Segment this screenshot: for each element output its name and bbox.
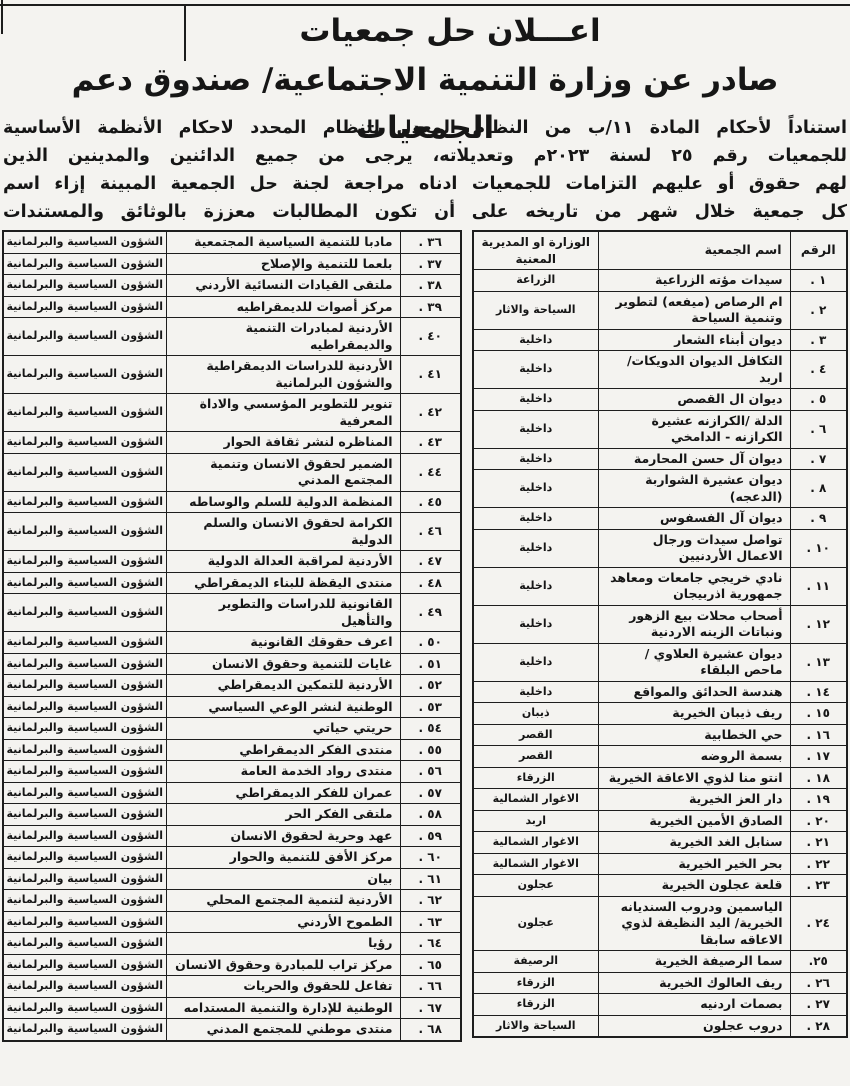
row-number: ١١ . (790, 567, 847, 605)
row-number: ٦٨ . (400, 1019, 461, 1041)
ministry-name: السياحة والاثار (473, 291, 598, 329)
association-name: سنابل الغد الخيرية (598, 832, 790, 854)
association-name: منتدى الفكر الديمقراطي (166, 739, 400, 761)
ministry-name: داخلية (473, 529, 598, 567)
ministry-name: داخلية (473, 567, 598, 605)
ministry-name: الشؤون السياسية والبرلمانية (3, 453, 166, 491)
ministry-name: الاغوار الشمالية (473, 853, 598, 875)
ministry-name: الشؤون السياسية والبرلمانية (3, 231, 166, 253)
table-row: ٦٣ . الطموح الأردني الشؤون السياسية والب… (3, 911, 461, 933)
table-row: ٤٨ . منتدى اليقظة للبناء الديمقراطي الشؤ… (3, 572, 461, 594)
row-number: ٤ . (790, 351, 847, 389)
association-name: الأردنية للتمكين الديمقراطي (166, 675, 400, 697)
ministry-name: ذيبان (473, 703, 598, 725)
association-name: غايات للتنمية وحقوق الانسان (166, 653, 400, 675)
ministry-name: داخلية (473, 329, 598, 351)
association-name: الأردنية للدراسات الديمقراطية والشؤون ال… (166, 356, 400, 394)
row-number: ١٩ . (790, 789, 847, 811)
table-row: ٤٠ . الأردنية لمبادرات التنمية والديمقرا… (3, 318, 461, 356)
row-number: ٩ . (790, 508, 847, 530)
row-number: ٥٣ . (400, 696, 461, 718)
announcement-page: اعـــلان حل جمعيات صادر عن وزارة التنمية… (0, 0, 850, 1086)
col-header-association-name: اسم الجمعية (598, 231, 790, 270)
table-row: ٣٩ . مركز أصوات للديمقراطيه الشؤون السيا… (3, 296, 461, 318)
row-number: ٤٣ . (400, 432, 461, 454)
association-name: منتدى موطني للمجتمع المدني (166, 1019, 400, 1041)
ministry-name: الرصيفة (473, 951, 598, 973)
ministry-name: الشؤون السياسية والبرلمانية (3, 513, 166, 551)
row-number: ٦١ . (400, 868, 461, 890)
ministry-name: اربد (473, 810, 598, 832)
table-row: ٥٢ . الأردنية للتمكين الديمقراطي الشؤون … (3, 675, 461, 697)
association-name: عمران للفكر الديمقراطي (166, 782, 400, 804)
row-number: ٦٠ . (400, 847, 461, 869)
ministry-name: الشؤون السياسية والبرلمانية (3, 356, 166, 394)
association-name: أصحاب محلات بيع الزهور ونباتات الزينه ال… (598, 605, 790, 643)
table-row: ٦٥ . مركز تراب للمبادرة وحقوق الانسان ال… (3, 954, 461, 976)
row-number: ٣٨ . (400, 275, 461, 297)
association-name: الأردنية لتنمية المجتمع المحلي (166, 890, 400, 912)
ministry-name: الاغوار الشمالية (473, 832, 598, 854)
table-row: ٥١ . غايات للتنمية وحقوق الانسان الشؤون … (3, 653, 461, 675)
association-name: دار العز الخيرية (598, 789, 790, 811)
left-border-stub (1, 0, 3, 34)
ministry-name: الشؤون السياسية والبرلمانية (3, 394, 166, 432)
row-number: ١٨ . (790, 767, 847, 789)
table-row: ١٩ . دار العز الخيرية الاغوار الشمالية (473, 789, 847, 811)
row-number: ٨ . (790, 470, 847, 508)
association-name: تنوير للتطوير المؤسسي والاداة المعرفية (166, 394, 400, 432)
ministry-name: داخلية (473, 351, 598, 389)
row-number: ١٢ . (790, 605, 847, 643)
ministry-name: الشؤون السياسية والبرلمانية (3, 782, 166, 804)
ministry-name: الشؤون السياسية والبرلمانية (3, 653, 166, 675)
ministry-name: الشؤون السياسية والبرلمانية (3, 572, 166, 594)
table-row: ٥٠ . اعرف حقوقك القانونية الشؤون السياسي… (3, 632, 461, 654)
table-row: ٨ . ديوان عشيرة الشواربة (الدعجه) داخلية (473, 470, 847, 508)
row-number: ٦٦ . (400, 976, 461, 998)
row-number: ٤٨ . (400, 572, 461, 594)
table-row: ٥ . ديوان ال القصص داخلية (473, 389, 847, 411)
ministry-name: الزرقاء (473, 972, 598, 994)
table-body: ١ . سيدات مؤته الزراعية الزراعة ٢ . ام ا… (473, 270, 847, 1038)
association-name: رؤيا (166, 933, 400, 955)
row-number: ٤٩ . (400, 594, 461, 632)
association-name: منتدى رواد الخدمة العامة (166, 761, 400, 783)
association-name: اعرف حقوقك القانونية (166, 632, 400, 654)
row-number: ٥٨ . (400, 804, 461, 826)
ministry-name: عجلون (473, 875, 598, 897)
table-row: ٢٨ . دروب عجلون السياحة والاثار (473, 1015, 847, 1037)
table-row: ٢٧ . بصمات اردنيه الزرقاء (473, 994, 847, 1016)
ministry-name: الشؤون السياسية والبرلمانية (3, 954, 166, 976)
association-name: مركز تراب للمبادرة وحقوق الانسان (166, 954, 400, 976)
ministry-name: داخلية (473, 508, 598, 530)
table-row: ٣٨ . ملتقى القيادات النسائية الأردني الش… (3, 275, 461, 297)
table-row: ٢١ . سنابل الغد الخيرية الاغوار الشمالية (473, 832, 847, 854)
row-number: ٢٧ . (790, 994, 847, 1016)
intro-line: استناداً لأحكام المادة ١١/ب من النظام ال… (3, 114, 847, 142)
table-row: ٤١ . الأردنية للدراسات الديمقراطية والشؤ… (3, 356, 461, 394)
table-row: ٢٤ . الياسمين ودروب السنديانه الخيرية/ ا… (473, 896, 847, 951)
table-row: ٢٠ . الصادق الأمين الخيرية اربد (473, 810, 847, 832)
table-row: ١٧ . بسمة الروضه القصر (473, 746, 847, 768)
row-number: ٢٤ . (790, 896, 847, 951)
ministry-name: الشؤون السياسية والبرلمانية (3, 275, 166, 297)
association-name: سيدات مؤته الزراعية (598, 270, 790, 292)
row-number: ٣٦ . (400, 231, 461, 253)
ministry-name: داخلية (473, 643, 598, 681)
table-row: ٣ . ديوان أبناء الشعار داخلية (473, 329, 847, 351)
table-row: ٣٦ . مادبا للتنمية السياسية المجتمعية ال… (3, 231, 461, 253)
association-name: الطموح الأردني (166, 911, 400, 933)
association-name: ملتقى القيادات النسائية الأردني (166, 275, 400, 297)
table-row: ٤٧ . الأردنية لمراقبة العدالة الدولية ال… (3, 551, 461, 573)
table-row: ٦ . الدلة /الكرازنه عشيرة الكرازنه - الد… (473, 410, 847, 448)
row-number: ٤٠ . (400, 318, 461, 356)
table-row: ٦٢ . الأردنية لتنمية المجتمع المحلي الشؤ… (3, 890, 461, 912)
row-number: ٤٢ . (400, 394, 461, 432)
table-row: ١٨ . انتو منا لذوي الاعاقة الخيرية الزرق… (473, 767, 847, 789)
row-number: ٥٤ . (400, 718, 461, 740)
table-header-row: الرقم اسم الجمعية الوزارة او المديرية ال… (473, 231, 847, 270)
table-row: ٦١ . بيان الشؤون السياسية والبرلمانية (3, 868, 461, 890)
table-row: ١٠ . تواصل سيدات ورجال الاعمال الأردنيين… (473, 529, 847, 567)
table-row: ٢٣ . قلعة عجلون الخيرية عجلون (473, 875, 847, 897)
association-name: منتدى اليقظة للبناء الديمقراطي (166, 572, 400, 594)
row-number: ٢٨ . (790, 1015, 847, 1037)
association-name: عهد وحرية لحقوق الانسان (166, 825, 400, 847)
association-name: الوطنية للإدارة والتنمية المستدامه (166, 997, 400, 1019)
table-row: ٥٩ . عهد وحرية لحقوق الانسان الشؤون السي… (3, 825, 461, 847)
association-name: بصمات اردنيه (598, 994, 790, 1016)
association-name: الكرامة لحقوق الانسان والسلم الدولية (166, 513, 400, 551)
row-number: ١٤ . (790, 681, 847, 703)
table-row: ٥٦ . منتدى رواد الخدمة العامة الشؤون الس… (3, 761, 461, 783)
table-row: ٦٦ . تفاعل للحقوق والحريات الشؤون السياس… (3, 976, 461, 998)
association-name: ريف العالوك الخيرية (598, 972, 790, 994)
row-number: ٤٥ . (400, 491, 461, 513)
table-row: ١١ . نادي خريجي جامعات ومعاهد جمهورية اذ… (473, 567, 847, 605)
row-number: ٤٧ . (400, 551, 461, 573)
association-name: بحر الخير الخيرية (598, 853, 790, 875)
top-border-line (0, 4, 850, 6)
row-number: ٥٥ . (400, 739, 461, 761)
row-number: ٢٠ . (790, 810, 847, 832)
table-row: ٥٥ . منتدى الفكر الديمقراطي الشؤون السيا… (3, 739, 461, 761)
table-row: ٦٧ . الوطنية للإدارة والتنمية المستدامه … (3, 997, 461, 1019)
row-number: ٦٢ . (400, 890, 461, 912)
table-row: ٤ . التكافل الديوان الدويكات/ اربد داخلي… (473, 351, 847, 389)
table-row: ٥٣ . الوطنية لنشر الوعي السياسي الشؤون ا… (3, 696, 461, 718)
row-number: ٢٦ . (790, 972, 847, 994)
table-row: ٤٥ . المنظمة الدولية للسلم والوساطه الشؤ… (3, 491, 461, 513)
ministry-name: القصر (473, 746, 598, 768)
table-row: ١٢ . أصحاب محلات بيع الزهور ونباتات الزي… (473, 605, 847, 643)
ministry-name: السياحة والاثار (473, 1015, 598, 1037)
ministry-name: الزرقاء (473, 994, 598, 1016)
table-row: ٤٤ . الضمير لحقوق الانسان وتنمية المجتمع… (3, 453, 461, 491)
ministry-name: الشؤون السياسية والبرلمانية (3, 997, 166, 1019)
associations-table-left: ٣٦ . مادبا للتنمية السياسية المجتمعية ال… (2, 230, 462, 1042)
association-name: سما الرصيفة الخيرية (598, 951, 790, 973)
association-name: المناظره لنشر ثقافة الحوار (166, 432, 400, 454)
table-row: ٩ . ديوان آل الفسفوس داخلية (473, 508, 847, 530)
row-number: ٥٦ . (400, 761, 461, 783)
association-name: ديوان عشيرة الشواربة (الدعجه) (598, 470, 790, 508)
association-name: مركز الأفق للتنمية والحوار (166, 847, 400, 869)
association-name: الأردنية لمراقبة العدالة الدولية (166, 551, 400, 573)
association-name: انتو منا لذوي الاعاقة الخيرية (598, 767, 790, 789)
association-name: الدلة /الكرازنه عشيرة الكرازنه - الدامخي (598, 410, 790, 448)
association-name: مركز أصوات للديمقراطيه (166, 296, 400, 318)
ministry-name: عجلون (473, 896, 598, 951)
table-row: ١ . سيدات مؤته الزراعية الزراعة (473, 270, 847, 292)
table-row: ١٤ . هندسة الحدائق والمواقع داخلية (473, 681, 847, 703)
row-number: ٣٩ . (400, 296, 461, 318)
table-row: ٢٢ . بحر الخير الخيرية الاغوار الشمالية (473, 853, 847, 875)
association-name: ديوان أبناء الشعار (598, 329, 790, 351)
association-name: الياسمين ودروب السنديانه الخيرية/ اليد ا… (598, 896, 790, 951)
association-name: دروب عجلون (598, 1015, 790, 1037)
table-row: ٤٣ . المناظره لنشر ثقافة الحوار الشؤون ا… (3, 432, 461, 454)
association-name: الضمير لحقوق الانسان وتنمية المجتمع المد… (166, 453, 400, 491)
row-number: ٥١ . (400, 653, 461, 675)
ministry-name: الشؤون السياسية والبرلمانية (3, 551, 166, 573)
ministry-name: الشؤون السياسية والبرلمانية (3, 718, 166, 740)
row-number: ١٠ . (790, 529, 847, 567)
table-header: الرقم اسم الجمعية الوزارة او المديرية ال… (473, 231, 847, 270)
row-number: ٥٢ . (400, 675, 461, 697)
table-row: ١٣ . ديوان عشيرة العلاوي / ماحص البلقاء … (473, 643, 847, 681)
ministry-name: الشؤون السياسية والبرلمانية (3, 632, 166, 654)
row-number: ٢٥. (790, 951, 847, 973)
row-number: ٤٦ . (400, 513, 461, 551)
association-name: بلعما للتنمية والإصلاح (166, 253, 400, 275)
row-number: ٣٧ . (400, 253, 461, 275)
ministry-name: الشؤون السياسية والبرلمانية (3, 296, 166, 318)
row-number: ٥٠ . (400, 632, 461, 654)
table-row: ٥٤ . حريتي حياتي الشؤون السياسية والبرلم… (3, 718, 461, 740)
association-name: نادي خريجي جامعات ومعاهد جمهورية اذربيجا… (598, 567, 790, 605)
table-row: ٧ . ديوان آل حسن المحارمة داخلية (473, 448, 847, 470)
table-row: ٢٦ . ريف العالوك الخيرية الزرقاء (473, 972, 847, 994)
table-row: ٥٧ . عمران للفكر الديمقراطي الشؤون السيا… (3, 782, 461, 804)
association-name: ام الرصاص (ميفعه) لتطوير وتنمية السياحة (598, 291, 790, 329)
ministry-name: الشؤون السياسية والبرلمانية (3, 761, 166, 783)
row-number: ٤١ . (400, 356, 461, 394)
ministry-name: الشؤون السياسية والبرلمانية (3, 911, 166, 933)
table-row: ١٦ . حي الخطابية القصر (473, 724, 847, 746)
ministry-name: داخلية (473, 448, 598, 470)
association-name: ديوان ال القصص (598, 389, 790, 411)
association-name: الصادق الأمين الخيرية (598, 810, 790, 832)
association-name: حي الخطابية (598, 724, 790, 746)
row-number: ٦٣ . (400, 911, 461, 933)
row-number: ٥ . (790, 389, 847, 411)
row-number: ٤٤ . (400, 453, 461, 491)
table-row: ٣٧ . بلعما للتنمية والإصلاح الشؤون السيا… (3, 253, 461, 275)
ministry-name: الشؤون السياسية والبرلمانية (3, 804, 166, 826)
announcement-title: اعـــلان حل جمعيات (50, 8, 850, 54)
association-name: ديوان آل الفسفوس (598, 508, 790, 530)
table-row: ٦٤ . رؤيا الشؤون السياسية والبرلمانية (3, 933, 461, 955)
row-number: ٢٢ . (790, 853, 847, 875)
association-name: الوطنية لنشر الوعي السياسي (166, 696, 400, 718)
intro-paragraph: استناداً لأحكام المادة ١١/ب من النظام ال… (3, 114, 847, 226)
table-row: ٤٢ . تنوير للتطوير المؤسسي والاداة المعر… (3, 394, 461, 432)
table-row: ٢ . ام الرصاص (ميفعه) لتطوير وتنمية السي… (473, 291, 847, 329)
row-number: ٢٣ . (790, 875, 847, 897)
row-number: ٢١ . (790, 832, 847, 854)
ministry-name: الشؤون السياسية والبرلمانية (3, 696, 166, 718)
row-number: ١ . (790, 270, 847, 292)
ministry-name: داخلية (473, 605, 598, 643)
ministry-name: الاغوار الشمالية (473, 789, 598, 811)
ministry-name: القصر (473, 724, 598, 746)
association-name: ريف ذيبان الخيرية (598, 703, 790, 725)
ministry-name: الشؤون السياسية والبرلمانية (3, 594, 166, 632)
ministry-name: الشؤون السياسية والبرلمانية (3, 739, 166, 761)
row-number: ٧ . (790, 448, 847, 470)
association-name: بسمة الروضه (598, 746, 790, 768)
row-number: ٥٧ . (400, 782, 461, 804)
association-name: حريتي حياتي (166, 718, 400, 740)
association-name: التكافل الديوان الدويكات/ اربد (598, 351, 790, 389)
association-name: الأردنية لمبادرات التنمية والديمقراطيه (166, 318, 400, 356)
ministry-name: داخلية (473, 470, 598, 508)
row-number: ٣ . (790, 329, 847, 351)
row-number: ٦ . (790, 410, 847, 448)
associations-table-right: الرقم اسم الجمعية الوزارة او المديرية ال… (472, 230, 848, 1038)
table-body: ٣٦ . مادبا للتنمية السياسية المجتمعية ال… (3, 231, 461, 1041)
association-name: المنظمة الدولية للسلم والوساطه (166, 491, 400, 513)
intro-line: للجمعيات رقم ٢٥ لسنة ٢٠٢٣م وتعديلاته، ير… (3, 142, 847, 170)
row-number: ٦٤ . (400, 933, 461, 955)
ministry-name: الشؤون السياسية والبرلمانية (3, 847, 166, 869)
table-row: ٢٥. سما الرصيفة الخيرية الرصيفة (473, 951, 847, 973)
ministry-name: الشؤون السياسية والبرلمانية (3, 253, 166, 275)
ministry-name: داخلية (473, 410, 598, 448)
table-row: ٤٦ . الكرامة لحقوق الانسان والسلم الدولي… (3, 513, 461, 551)
table-row: ٦٨ . منتدى موطني للمجتمع المدني الشؤون ا… (3, 1019, 461, 1041)
intro-line: كل جمعية خلال شهر من تاريخه على أن تكون … (3, 198, 847, 226)
association-name: ملتقى الفكر الحر (166, 804, 400, 826)
ministry-name: الشؤون السياسية والبرلمانية (3, 318, 166, 356)
association-name: هندسة الحدائق والمواقع (598, 681, 790, 703)
association-name: بيان (166, 868, 400, 890)
intro-line: لهم حقوق أو عليهم التزامات للجمعيات ادنا… (3, 170, 847, 198)
row-number: ١٣ . (790, 643, 847, 681)
ministry-name: الشؤون السياسية والبرلمانية (3, 432, 166, 454)
association-name: تواصل سيدات ورجال الاعمال الأردنيين (598, 529, 790, 567)
col-header-ministry: الوزارة او المديرية المعنية (473, 231, 598, 270)
association-name: قلعة عجلون الخيرية (598, 875, 790, 897)
ministry-name: داخلية (473, 681, 598, 703)
association-name: القانونية للدراسات والتطوير والتأهيل (166, 594, 400, 632)
ministry-name: الشؤون السياسية والبرلمانية (3, 1019, 166, 1041)
row-number: ١٦ . (790, 724, 847, 746)
ministry-name: الشؤون السياسية والبرلمانية (3, 675, 166, 697)
association-name: مادبا للتنمية السياسية المجتمعية (166, 231, 400, 253)
ministry-name: الشؤون السياسية والبرلمانية (3, 890, 166, 912)
table-row: ٥٨ . ملتقى الفكر الحر الشؤون السياسية وا… (3, 804, 461, 826)
row-number: ١٥ . (790, 703, 847, 725)
ministry-name: الشؤون السياسية والبرلمانية (3, 976, 166, 998)
table-row: ١٥ . ريف ذيبان الخيرية ذيبان (473, 703, 847, 725)
table-row: ٤٩ . القانونية للدراسات والتطوير والتأهي… (3, 594, 461, 632)
ministry-name: الشؤون السياسية والبرلمانية (3, 933, 166, 955)
table-row: ٦٠ . مركز الأفق للتنمية والحوار الشؤون ا… (3, 847, 461, 869)
ministry-name: الزراعة (473, 270, 598, 292)
association-name: ديوان آل حسن المحارمة (598, 448, 790, 470)
ministry-name: الشؤون السياسية والبرلمانية (3, 825, 166, 847)
association-name: تفاعل للحقوق والحريات (166, 976, 400, 998)
ministry-name: داخلية (473, 389, 598, 411)
row-number: ٥٩ . (400, 825, 461, 847)
row-number: ٦٧ . (400, 997, 461, 1019)
row-number: ٦٥ . (400, 954, 461, 976)
ministry-name: الزرقاء (473, 767, 598, 789)
ministry-name: الشؤون السياسية والبرلمانية (3, 868, 166, 890)
association-name: ديوان عشيرة العلاوي / ماحص البلقاء (598, 643, 790, 681)
row-number: ٢ . (790, 291, 847, 329)
row-number: ١٧ . (790, 746, 847, 768)
ministry-name: الشؤون السياسية والبرلمانية (3, 491, 166, 513)
col-header-number: الرقم (790, 231, 847, 270)
